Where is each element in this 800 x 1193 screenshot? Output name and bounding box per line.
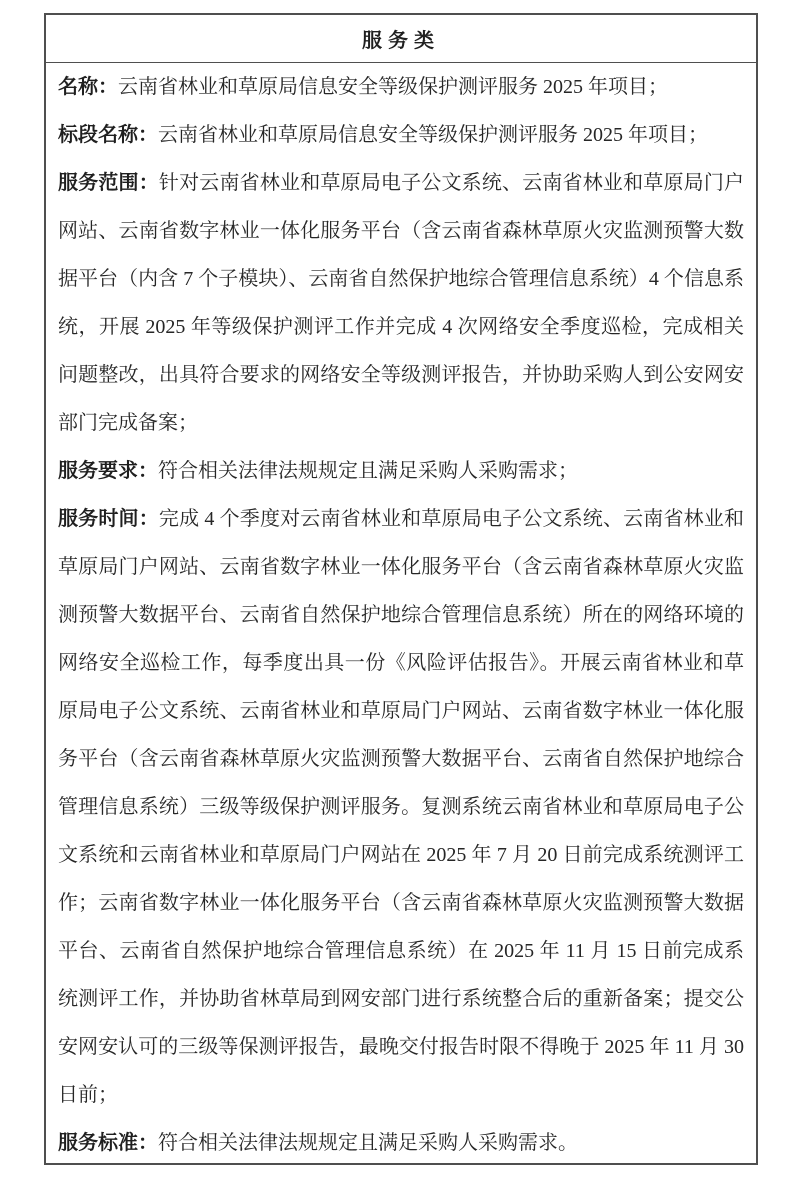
field-name-value: 云南省林业和草原局信息安全等级保护测评服务 2025 年项目；: [118, 76, 668, 98]
table-body-cell: 名称：云南省林业和草原局信息安全等级保护测评服务 2025 年项目； 标段名称：…: [46, 63, 756, 1167]
table-header-title: 服务类: [46, 15, 756, 63]
field-service-standard-label: 服务标准：: [58, 1132, 158, 1154]
field-service-scope-value: 针对云南省林业和草原局电子公文系统、云南省林业和草原局门户网站、云南省数字林业一…: [58, 172, 744, 434]
field-service-scope: 服务范围：针对云南省林业和草原局电子公文系统、云南省林业和草原局门户网站、云南省…: [58, 159, 744, 447]
field-section-name-value: 云南省林业和草原局信息安全等级保护测评服务 2025 年项目；: [158, 124, 708, 146]
field-service-scope-label: 服务范围：: [58, 172, 159, 194]
field-service-requirements: 服务要求：符合相关法律法规规定且满足采购人采购需求；: [58, 447, 744, 495]
field-service-time: 服务时间：完成 4 个季度对云南省林业和草原局电子公文系统、云南省林业和草原局门…: [58, 495, 744, 1119]
field-section-name: 标段名称：云南省林业和草原局信息安全等级保护测评服务 2025 年项目；: [58, 111, 744, 159]
field-name-label: 名称：: [58, 76, 118, 98]
field-name: 名称：云南省林业和草原局信息安全等级保护测评服务 2025 年项目；: [58, 63, 744, 111]
field-service-time-label: 服务时间：: [58, 508, 159, 530]
service-category-table: 服务类 名称：云南省林业和草原局信息安全等级保护测评服务 2025 年项目； 标…: [44, 13, 758, 1165]
field-service-time-value: 完成 4 个季度对云南省林业和草原局电子公文系统、云南省林业和草原局门户网站、云…: [58, 508, 744, 1106]
field-service-requirements-value: 符合相关法律法规规定且满足采购人采购需求；: [158, 460, 578, 482]
field-service-standard: 服务标准：符合相关法律法规规定且满足采购人采购需求。: [58, 1119, 744, 1167]
field-section-name-label: 标段名称：: [58, 124, 158, 146]
field-service-requirements-label: 服务要求：: [58, 460, 158, 482]
field-service-standard-value: 符合相关法律法规规定且满足采购人采购需求。: [158, 1132, 578, 1154]
